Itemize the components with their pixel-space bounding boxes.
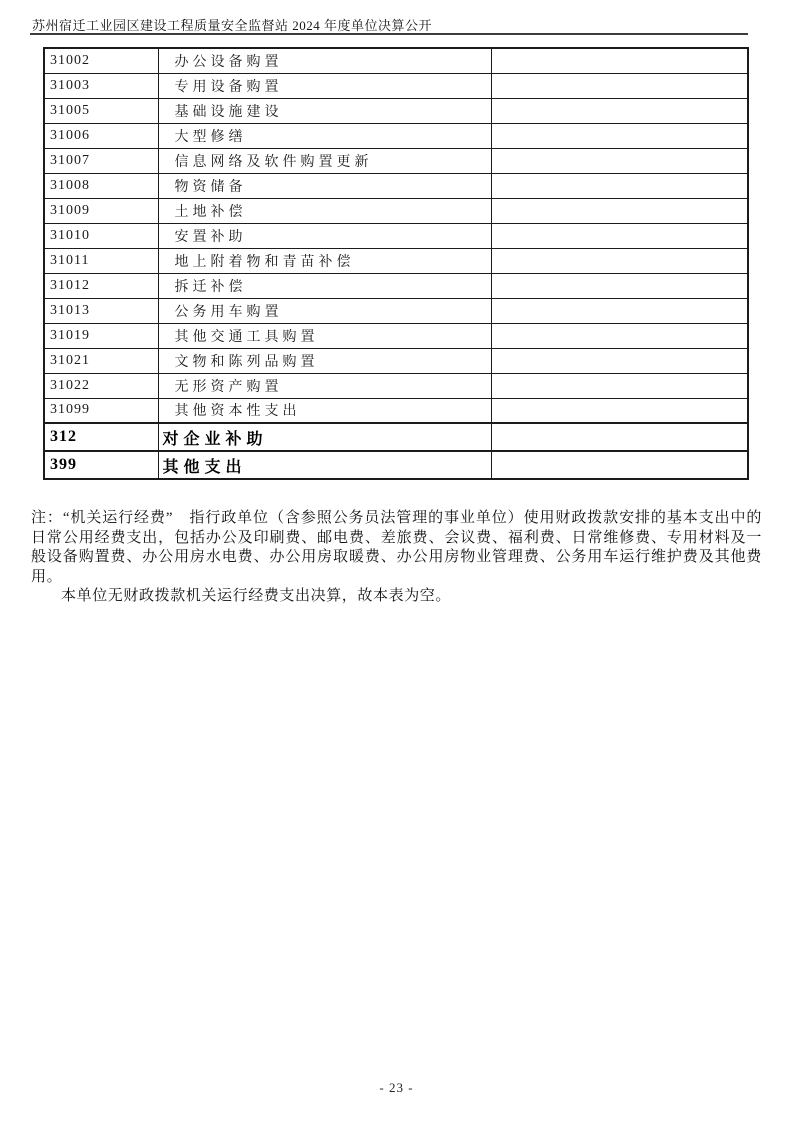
- row-code: 31005: [44, 98, 158, 123]
- document-title: 苏州宿迁工业园区建设工程质量安全监督站 2024 年度单位决算公开: [32, 15, 432, 34]
- row-value: [491, 373, 748, 398]
- budget-expenditure-table: 31002办公设备购置31003专用设备购置31005基础设施建设31006大型…: [43, 47, 749, 480]
- budget-table-body: 31002办公设备购置31003专用设备购置31005基础设施建设31006大型…: [44, 48, 748, 479]
- row-code: 31011: [44, 248, 158, 273]
- row-label: 拆迁补偿: [158, 273, 491, 298]
- row-label: 基础设施建设: [158, 98, 491, 123]
- row-code: 31002: [44, 48, 158, 73]
- row-value: [491, 451, 748, 479]
- row-label: 无形资产购置: [158, 373, 491, 398]
- note-definition: 注：“机关运行经费” 指行政单位（含参照公务员法管理的事业单位）使用财政拨款安排…: [31, 509, 762, 587]
- row-label: 其他支出: [158, 451, 491, 479]
- header-rule: [30, 33, 748, 35]
- row-value: [491, 73, 748, 98]
- row-code: 31021: [44, 348, 158, 373]
- table-row: 31009土地补偿: [44, 198, 748, 223]
- row-label: 大型修缮: [158, 123, 491, 148]
- table-row: 312对企业补助: [44, 423, 748, 451]
- row-code: 31010: [44, 223, 158, 248]
- row-value: [491, 98, 748, 123]
- row-code: 31009: [44, 198, 158, 223]
- row-value: [491, 248, 748, 273]
- row-code: 31003: [44, 73, 158, 98]
- row-code: 31008: [44, 173, 158, 198]
- row-code: 31006: [44, 123, 158, 148]
- row-label: 公务用车购置: [158, 298, 491, 323]
- row-value: [491, 48, 748, 73]
- notes-section: 注：“机关运行经费” 指行政单位（含参照公务员法管理的事业单位）使用财政拨款安排…: [31, 509, 762, 607]
- row-code: 31013: [44, 298, 158, 323]
- table-row: 31019其他交通工具购置: [44, 323, 748, 348]
- row-value: [491, 148, 748, 173]
- row-code: 31012: [44, 273, 158, 298]
- table-row: 31099其他资本性支出: [44, 398, 748, 423]
- note-empty-statement: 本单位无财政拨款机关运行经费支出决算，故本表为空。: [31, 587, 762, 607]
- page-number: - 23 -: [0, 1080, 793, 1096]
- row-code: 31099: [44, 398, 158, 423]
- row-code: 31007: [44, 148, 158, 173]
- table-row: 31006大型修缮: [44, 123, 748, 148]
- row-code: 31022: [44, 373, 158, 398]
- row-label: 对企业补助: [158, 423, 491, 451]
- table-row: 31021文物和陈列品购置: [44, 348, 748, 373]
- table-row: 31013公务用车购置: [44, 298, 748, 323]
- row-value: [491, 323, 748, 348]
- row-value: [491, 423, 748, 451]
- row-value: [491, 273, 748, 298]
- row-label: 文物和陈列品购置: [158, 348, 491, 373]
- row-label: 其他交通工具购置: [158, 323, 491, 348]
- document-page: 苏州宿迁工业园区建设工程质量安全监督站 2024 年度单位决算公开 31002办…: [0, 0, 793, 1122]
- row-label: 信息网络及软件购置更新: [158, 148, 491, 173]
- table-row: 31003专用设备购置: [44, 73, 748, 98]
- table-row: 31022无形资产购置: [44, 373, 748, 398]
- table-row: 31007信息网络及软件购置更新: [44, 148, 748, 173]
- table-row: 399其他支出: [44, 451, 748, 479]
- row-value: [491, 123, 748, 148]
- row-code: 31019: [44, 323, 158, 348]
- row-value: [491, 398, 748, 423]
- table-row: 31008物资储备: [44, 173, 748, 198]
- row-label: 安置补助: [158, 223, 491, 248]
- row-value: [491, 348, 748, 373]
- table-row: 31012拆迁补偿: [44, 273, 748, 298]
- table-row: 31010安置补助: [44, 223, 748, 248]
- row-label: 地上附着物和青苗补偿: [158, 248, 491, 273]
- row-value: [491, 173, 748, 198]
- table-row: 31011地上附着物和青苗补偿: [44, 248, 748, 273]
- row-value: [491, 198, 748, 223]
- row-code: 399: [44, 451, 158, 479]
- row-label: 办公设备购置: [158, 48, 491, 73]
- row-label: 其他资本性支出: [158, 398, 491, 423]
- table-row: 31005基础设施建设: [44, 98, 748, 123]
- row-value: [491, 298, 748, 323]
- row-label: 土地补偿: [158, 198, 491, 223]
- row-value: [491, 223, 748, 248]
- table-row: 31002办公设备购置: [44, 48, 748, 73]
- row-label: 物资储备: [158, 173, 491, 198]
- row-code: 312: [44, 423, 158, 451]
- row-label: 专用设备购置: [158, 73, 491, 98]
